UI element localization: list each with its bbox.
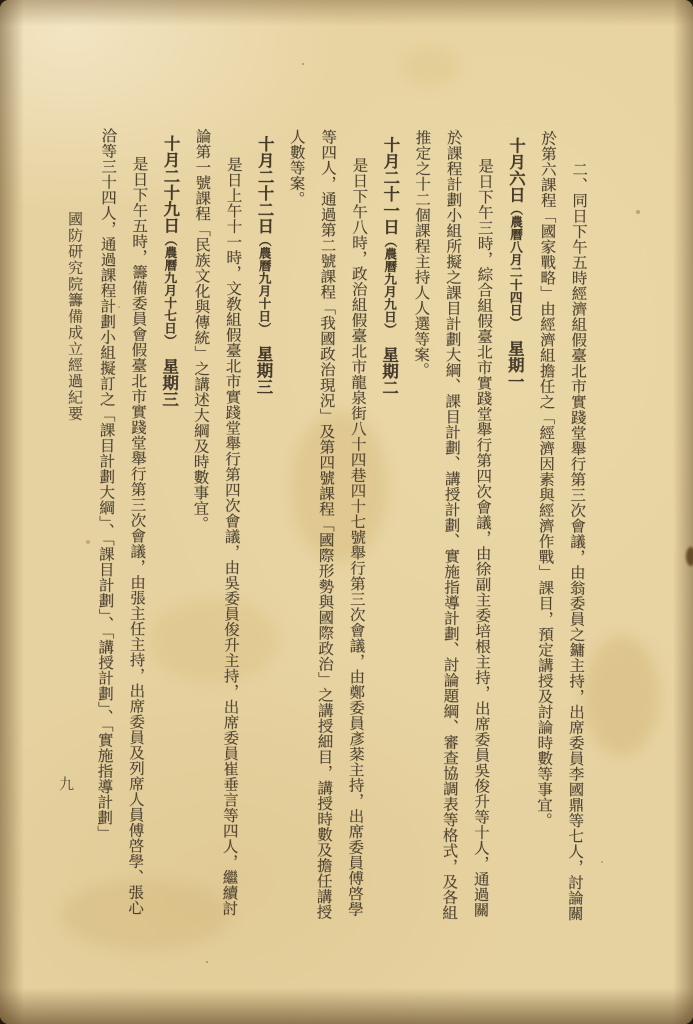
date-text: 十月二十九日 [161,135,181,234]
chronicle-paragraph: 是日下午五時，籌備委員會假臺北市實踐堂舉行第三次會議，由張主任主持，出席委員及列… [87,127,155,927]
weekday-text: 星期三 [159,358,178,407]
chronicle-paragraph: 是日下午三時，綜合組假臺北市實踐堂舉行第四次會議，由徐副主委培根主持，出席委員吳… [401,129,500,930]
chronicle-text-block: 二、同日下午五時經濟組假臺北市實踐堂舉行第三次會議，由翁委員之鏞主持，出席委員李… [84,127,595,930]
lunar-date-text: （農曆九月十日） [256,234,272,335]
date-heading: 十月二十二日（農曆九月十日）星期三 [244,128,280,928]
paper-speckles [0,0,2,2]
weekday-text: 星期三 [254,346,273,395]
date-heading: 十月二十一日（農曆九月九日）星期二 [370,129,406,929]
page-number: 九 [59,773,74,794]
paper-stain [584,636,659,756]
chronicle-paragraph: 是日上午十一時，文敎組假臺北市實踐堂舉行第四次會議，由吳委員俊升主持，出席委員崔… [181,128,249,928]
scanned-document-page: 國防研究院籌備成立經過紀要 九 二、同日下午五時經濟組假臺北市實踐堂舉行第三次會… [0,0,693,1024]
date-text: 十月二十二日 [255,136,275,235]
chronicle-paragraph: 二、同日下午五時經濟組假臺北市實踐堂舉行第三次會議，由翁委員之鏞主持，出席委員李… [527,130,595,930]
book-margin-title: 國防研究院籌備成立經過紀要 [65,211,86,422]
edge-blemish [686,547,693,566]
weekday-text: 星期二 [379,346,398,395]
date-text: 十月六日 [506,137,525,203]
lunar-date-text: （農曆九月九日） [382,235,398,336]
paper-stain [400,46,460,86]
date-text: 十月二十一日 [380,137,400,236]
weekday-text: 星期一 [505,340,524,389]
chronicle-paragraph: 是日下午八時，政治組假臺北市龍泉街八十四巷四十七號舉行第三次會議，由鄭委員彥棻主… [275,129,374,930]
date-heading: 十月六日（農曆八月二十四日）星期一 [495,130,531,930]
lunar-date-text: （農曆八月二十四日） [507,203,523,329]
lunar-date-text: （農曆九月十七日） [162,234,178,347]
date-heading: 十月二十九日（農曆九月十七日）星期三 [150,128,186,928]
